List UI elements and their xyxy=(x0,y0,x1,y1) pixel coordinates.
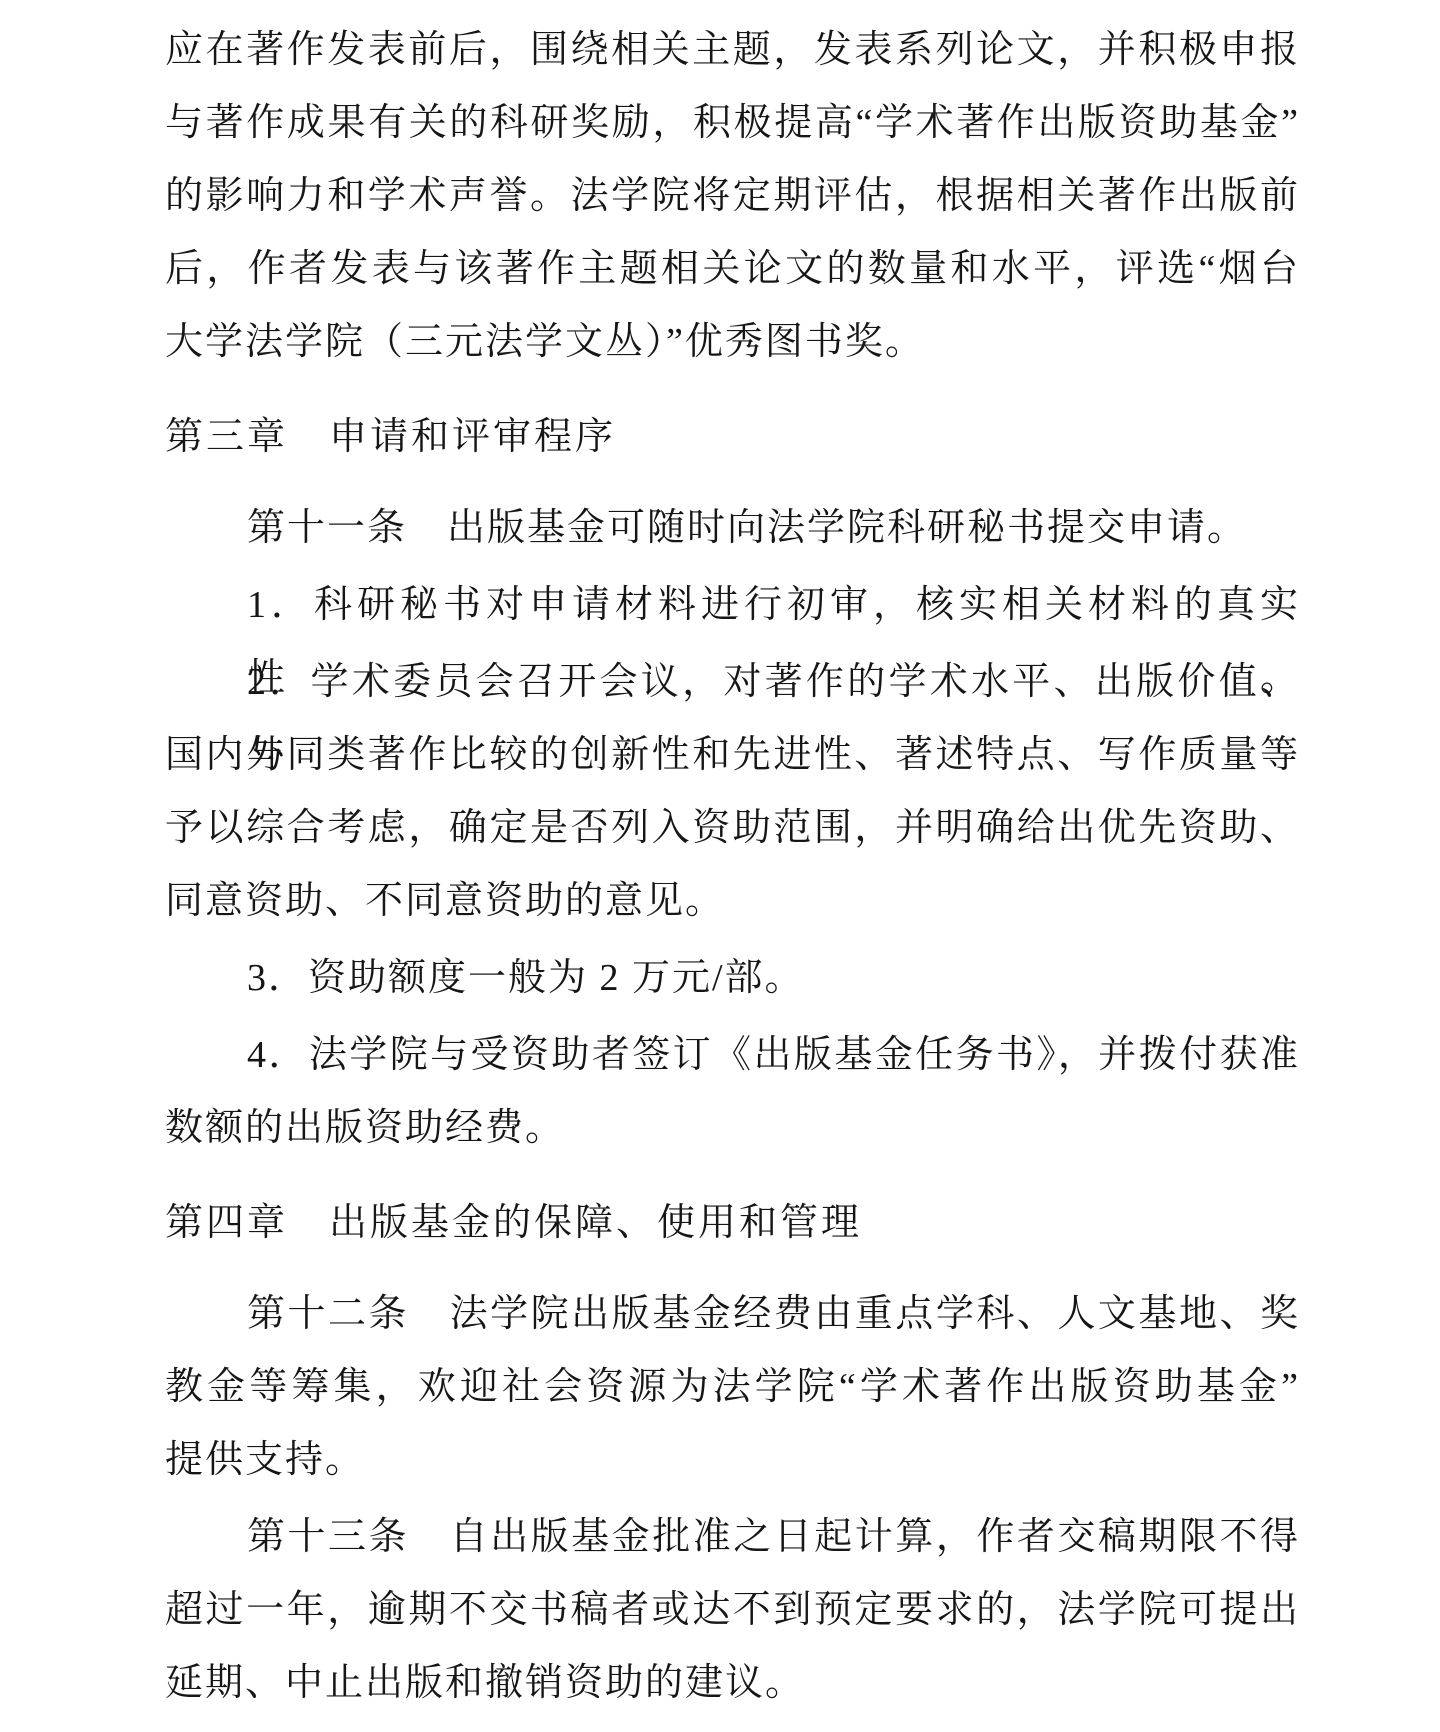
text-line: 延期、中止出版和撤销资助的建议。 xyxy=(165,1647,1300,1720)
text-line: 第四章 出版基金的保障、使用和管理 xyxy=(165,1187,1300,1260)
paragraph: 第十二条 法学院出版基金经费由重点学科、人文基地、奖教金等筹集，欢迎社会资源为法… xyxy=(165,1278,1300,1497)
paragraph: 2．学术委员会召开会议，对著作的学术水平、出版价值、与国内外同类著作比较的创新性… xyxy=(165,646,1300,938)
text-line: 国内外同类著作比较的创新性和先进性、著述特点、写作质量等 xyxy=(165,719,1300,792)
text-line: 提供支持。 xyxy=(165,1424,1300,1497)
text-line: 予以综合考虑，确定是否列入资助范围，并明确给出优先资助、 xyxy=(165,792,1300,865)
text-line: 与著作成果有关的科研奖励，积极提高“学术著作出版资助基金” xyxy=(165,87,1300,160)
text-line: 第十二条 法学院出版基金经费由重点学科、人文基地、奖 xyxy=(165,1278,1300,1351)
paragraph: 第十三条 自出版基金批准之日起计算，作者交稿期限不得超过一年，逾期不交书稿者或达… xyxy=(165,1501,1300,1720)
paragraph: 第十一条 出版基金可随时向法学院科研秘书提交申请。 xyxy=(165,492,1300,565)
text-line: 同意资助、不同意资助的意见。 xyxy=(165,865,1300,938)
chapter-heading: 第四章 出版基金的保障、使用和管理 xyxy=(165,1187,1300,1260)
text-line: 2．学术委员会召开会议，对著作的学术水平、出版价值、与 xyxy=(165,646,1300,719)
paragraph: 应在著作发表前后，围绕相关主题，发表系列论文，并积极申报与著作成果有关的科研奖励… xyxy=(165,14,1300,379)
text-line: 第三章 申请和评审程序 xyxy=(165,401,1300,474)
text-line: 4．法学院与受资助者签订《出版基金任务书》，并拨付获准 xyxy=(165,1019,1300,1092)
chapter-heading: 第三章 申请和评审程序 xyxy=(165,401,1300,474)
text-line: 第十一条 出版基金可随时向法学院科研秘书提交申请。 xyxy=(165,492,1300,565)
paragraph: 3．资助额度一般为 2 万元/部。 xyxy=(165,942,1300,1015)
text-line: 第十三条 自出版基金批准之日起计算，作者交稿期限不得 xyxy=(165,1501,1300,1574)
paragraph: 4．法学院与受资助者签订《出版基金任务书》，并拨付获准数额的出版资助经费。 xyxy=(165,1019,1300,1165)
text-line: 大学法学院（三元法学文丛）”优秀图书奖。 xyxy=(165,306,1300,379)
text-line: 教金等筹集，欢迎社会资源为法学院“学术著作出版资助基金” xyxy=(165,1351,1300,1424)
text-line: 应在著作发表前后，围绕相关主题，发表系列论文，并积极申报 xyxy=(165,14,1300,87)
document-body: 应在著作发表前后，围绕相关主题，发表系列论文，并积极申报与著作成果有关的科研奖励… xyxy=(0,0,1440,1732)
text-line: 数额的出版资助经费。 xyxy=(165,1092,1300,1165)
text-line: 1．科研秘书对申请材料进行初审，核实相关材料的真实性。 xyxy=(165,569,1300,642)
text-line: 超过一年，逾期不交书稿者或达不到预定要求的，法学院可提出 xyxy=(165,1574,1300,1647)
text-line: 3．资助额度一般为 2 万元/部。 xyxy=(165,942,1300,1015)
paragraph: 1．科研秘书对申请材料进行初审，核实相关材料的真实性。 xyxy=(165,569,1300,642)
text-line: 的影响力和学术声誉。法学院将定期评估，根据相关著作出版前 xyxy=(165,160,1300,233)
text-line: 后，作者发表与该著作主题相关论文的数量和水平，评选“烟台 xyxy=(165,233,1300,306)
document-page: 应在著作发表前后，围绕相关主题，发表系列论文，并积极申报与著作成果有关的科研奖励… xyxy=(0,0,1440,1732)
